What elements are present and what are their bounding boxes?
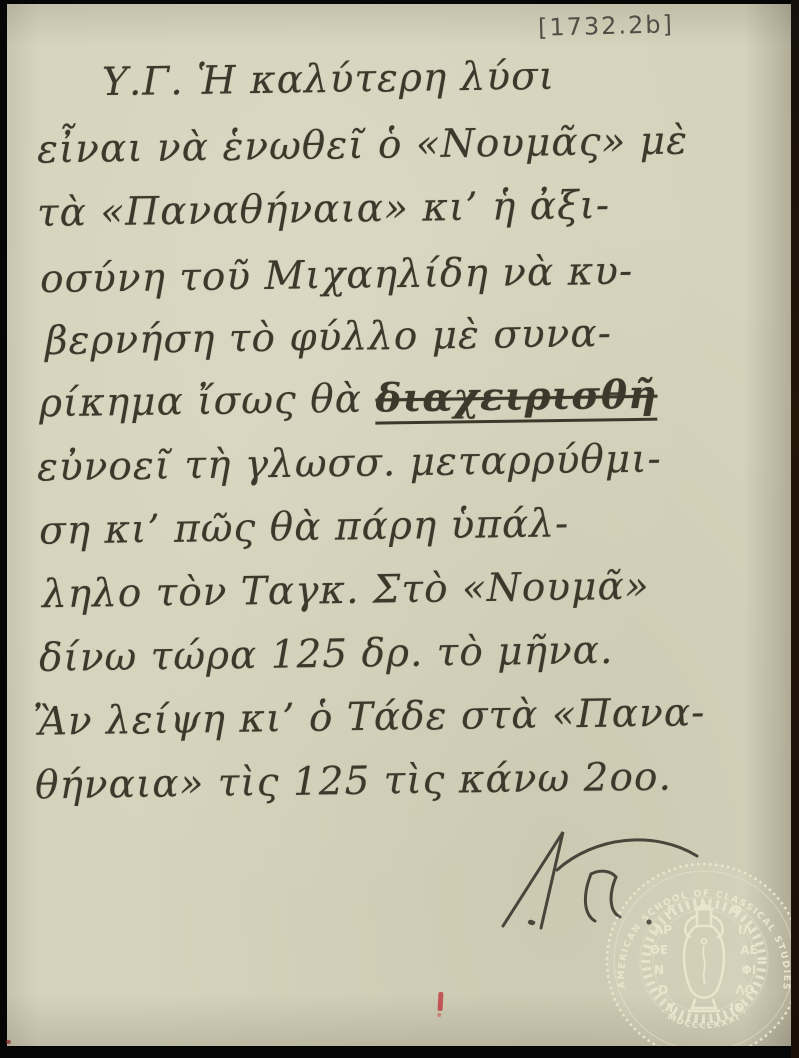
svg-text:Φ: Φ	[732, 903, 742, 917]
svg-text:Ν: Ν	[654, 963, 664, 977]
ascsa-seal-stamp: AMERICAN SCHOOL OF CLASSICAL STUDIES AT …	[603, 860, 791, 1046]
scanned-letter-page: [1732.2b] Υ.Γ. Ἡ καλύτερη λύσι εἶναι νὰ …	[0, 0, 799, 1058]
svg-text:ΦΙ: ΦΙ	[742, 963, 757, 977]
struck-word: διαχειρισθῆ	[375, 372, 658, 425]
red-corner-speck	[6, 1040, 11, 1044]
handwritten-line: Υ.Γ. Ἡ καλύτερη λύσι	[102, 53, 556, 105]
svg-text:ΑΕ: ΑΕ	[740, 943, 757, 957]
handwritten-line: εὐνοεῖ τὴ γλωσσ. μεταρρύθμι-	[37, 436, 662, 491]
handwritten-line: ρίκημα ἴσως θὰ διαχειρισθῆ	[39, 372, 658, 427]
handwritten-line: βερνήση τὸ φύλλο μὲ συνα-	[45, 310, 612, 364]
handwritten-line: Ἂν λείψη κι’ ὁ Τάδε στὰ «Πανα-	[33, 689, 706, 744]
handwritten-line: ληλο τὸν Ταγκ. Στὸ «Νουμᾶ»	[42, 563, 650, 617]
svg-text:ΑΡ: ΑΡ	[654, 923, 672, 937]
svg-text:ΘΕ: ΘΕ	[650, 943, 668, 957]
scan-right-edge	[791, 0, 799, 1058]
svg-text:ΙΛ: ΙΛ	[738, 923, 752, 937]
handwritten-line: εἶναι νὰ ἑνωθεῖ ὁ «Νουμᾶς» μὲ	[37, 117, 689, 172]
svg-text:ΙΟ: ΙΟ	[730, 1001, 745, 1015]
paper-sheet: [1732.2b] Υ.Γ. Ἡ καλύτερη λύσι εἶναι νὰ …	[7, 4, 791, 1046]
svg-text:Υ: Υ	[666, 1001, 676, 1015]
red-archivist-mark	[438, 992, 444, 1011]
handwritten-line: δίνω τώρα 125 δρ. τὸ μῆνα.	[39, 627, 614, 681]
handwritten-line: ση κι’ πῶς θὰ πάρη ὑπάλ-	[39, 500, 570, 553]
handwritten-line: θήναια» τὶς 125 τὶς κάνω 2οο.	[35, 754, 672, 809]
svg-text:ΛΟ: ΛΟ	[735, 983, 755, 997]
handwritten-line: οσύνη τοῦ Μιχαηλίδη νὰ κυ-	[40, 248, 634, 302]
handwritten-line: τὰ «Παναθήναια» κι’ ἡ ἀξι-	[37, 182, 611, 236]
svg-text:Ο: Ο	[658, 983, 668, 997]
svg-text:Γ: Γ	[667, 903, 675, 917]
archive-reference-number: [1732.2b]	[538, 10, 675, 42]
